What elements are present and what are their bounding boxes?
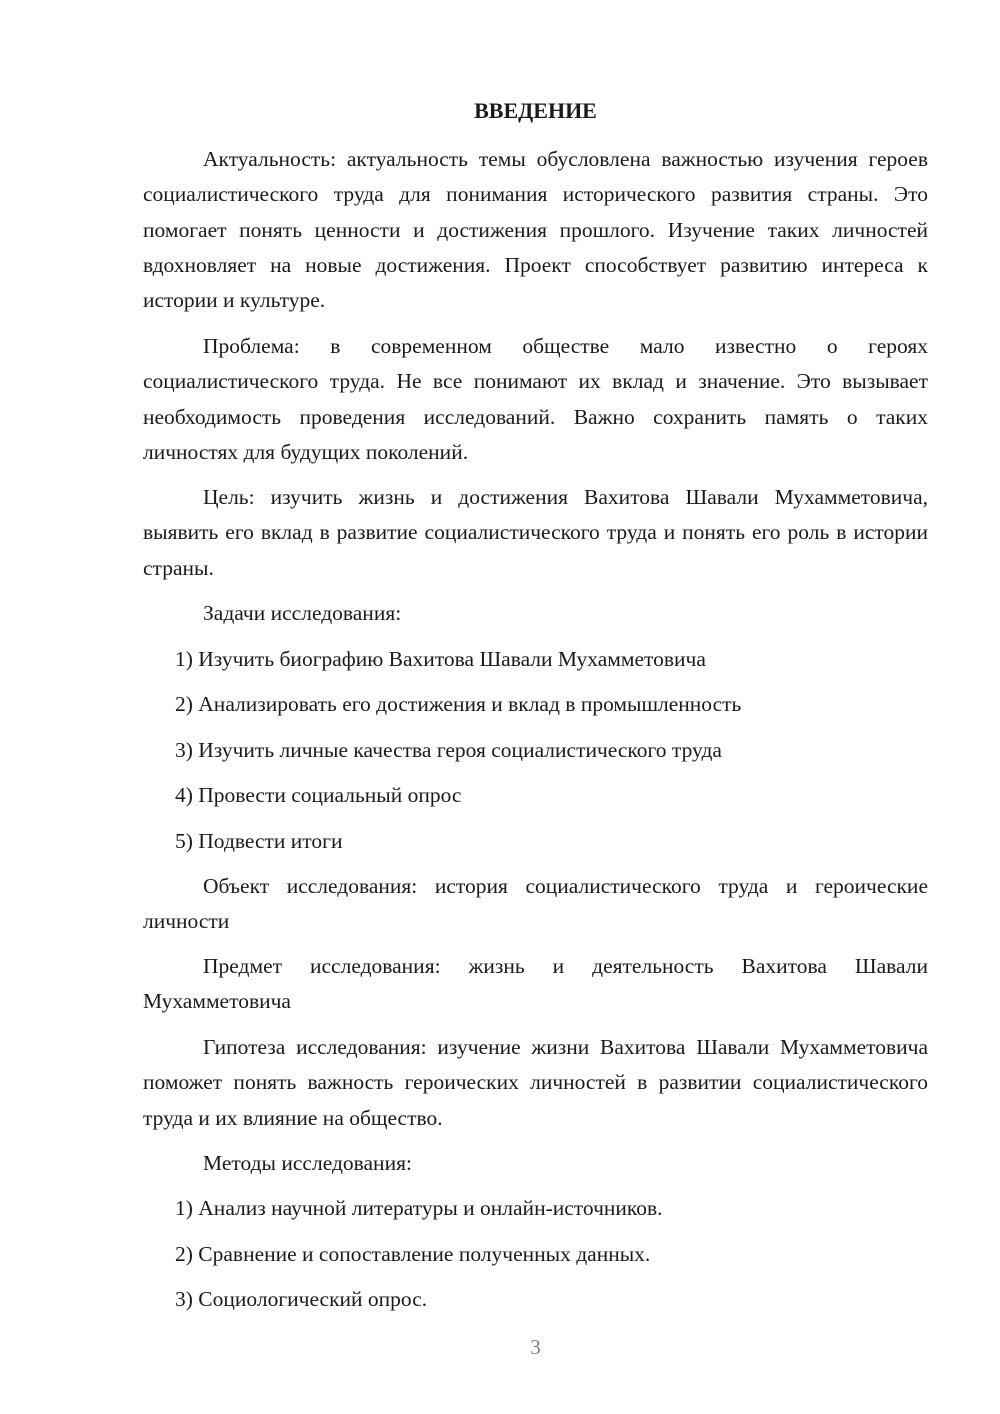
task-item: 3) Изучить личные качества героя социали…: [175, 735, 935, 765]
hypothesis-paragraph: Гипотеза исследования: изучение жизни Ва…: [143, 1030, 928, 1136]
subject-paragraph: Предмет исследования: жизнь и деятельнос…: [143, 949, 928, 1020]
method-item: 1) Анализ научной литературы и онлайн-ис…: [175, 1193, 935, 1223]
method-item: 3) Социологический опрос.: [175, 1284, 935, 1314]
method-item: 2) Сравнение и сопоставление полученных …: [175, 1239, 935, 1269]
task-item: 5) Подвести итоги: [175, 826, 935, 856]
object-paragraph: Объект исследования: история социалистич…: [143, 869, 928, 940]
relevance-paragraph: Актуальность: актуальность темы обусловл…: [143, 142, 928, 318]
problem-paragraph: Проблема: в современном обществе мало из…: [143, 329, 928, 470]
tasks-heading: Задачи исследования:: [203, 598, 401, 628]
task-item: 1) Изучить биографию Вахитова Шавали Мух…: [175, 644, 935, 674]
page-number: 3: [143, 1332, 928, 1362]
document-page: ВВЕДЕНИЕ Актуальность: актуальность темы…: [143, 0, 928, 1414]
goal-paragraph: Цель: изучить жизнь и достижения Вахитов…: [143, 480, 928, 586]
task-item: 4) Провести социальный опрос: [175, 780, 935, 810]
task-item: 2) Анализировать его достижения и вклад …: [175, 689, 935, 719]
methods-heading: Методы исследования:: [203, 1148, 412, 1178]
section-title: ВВЕДЕНИЕ: [143, 96, 928, 126]
